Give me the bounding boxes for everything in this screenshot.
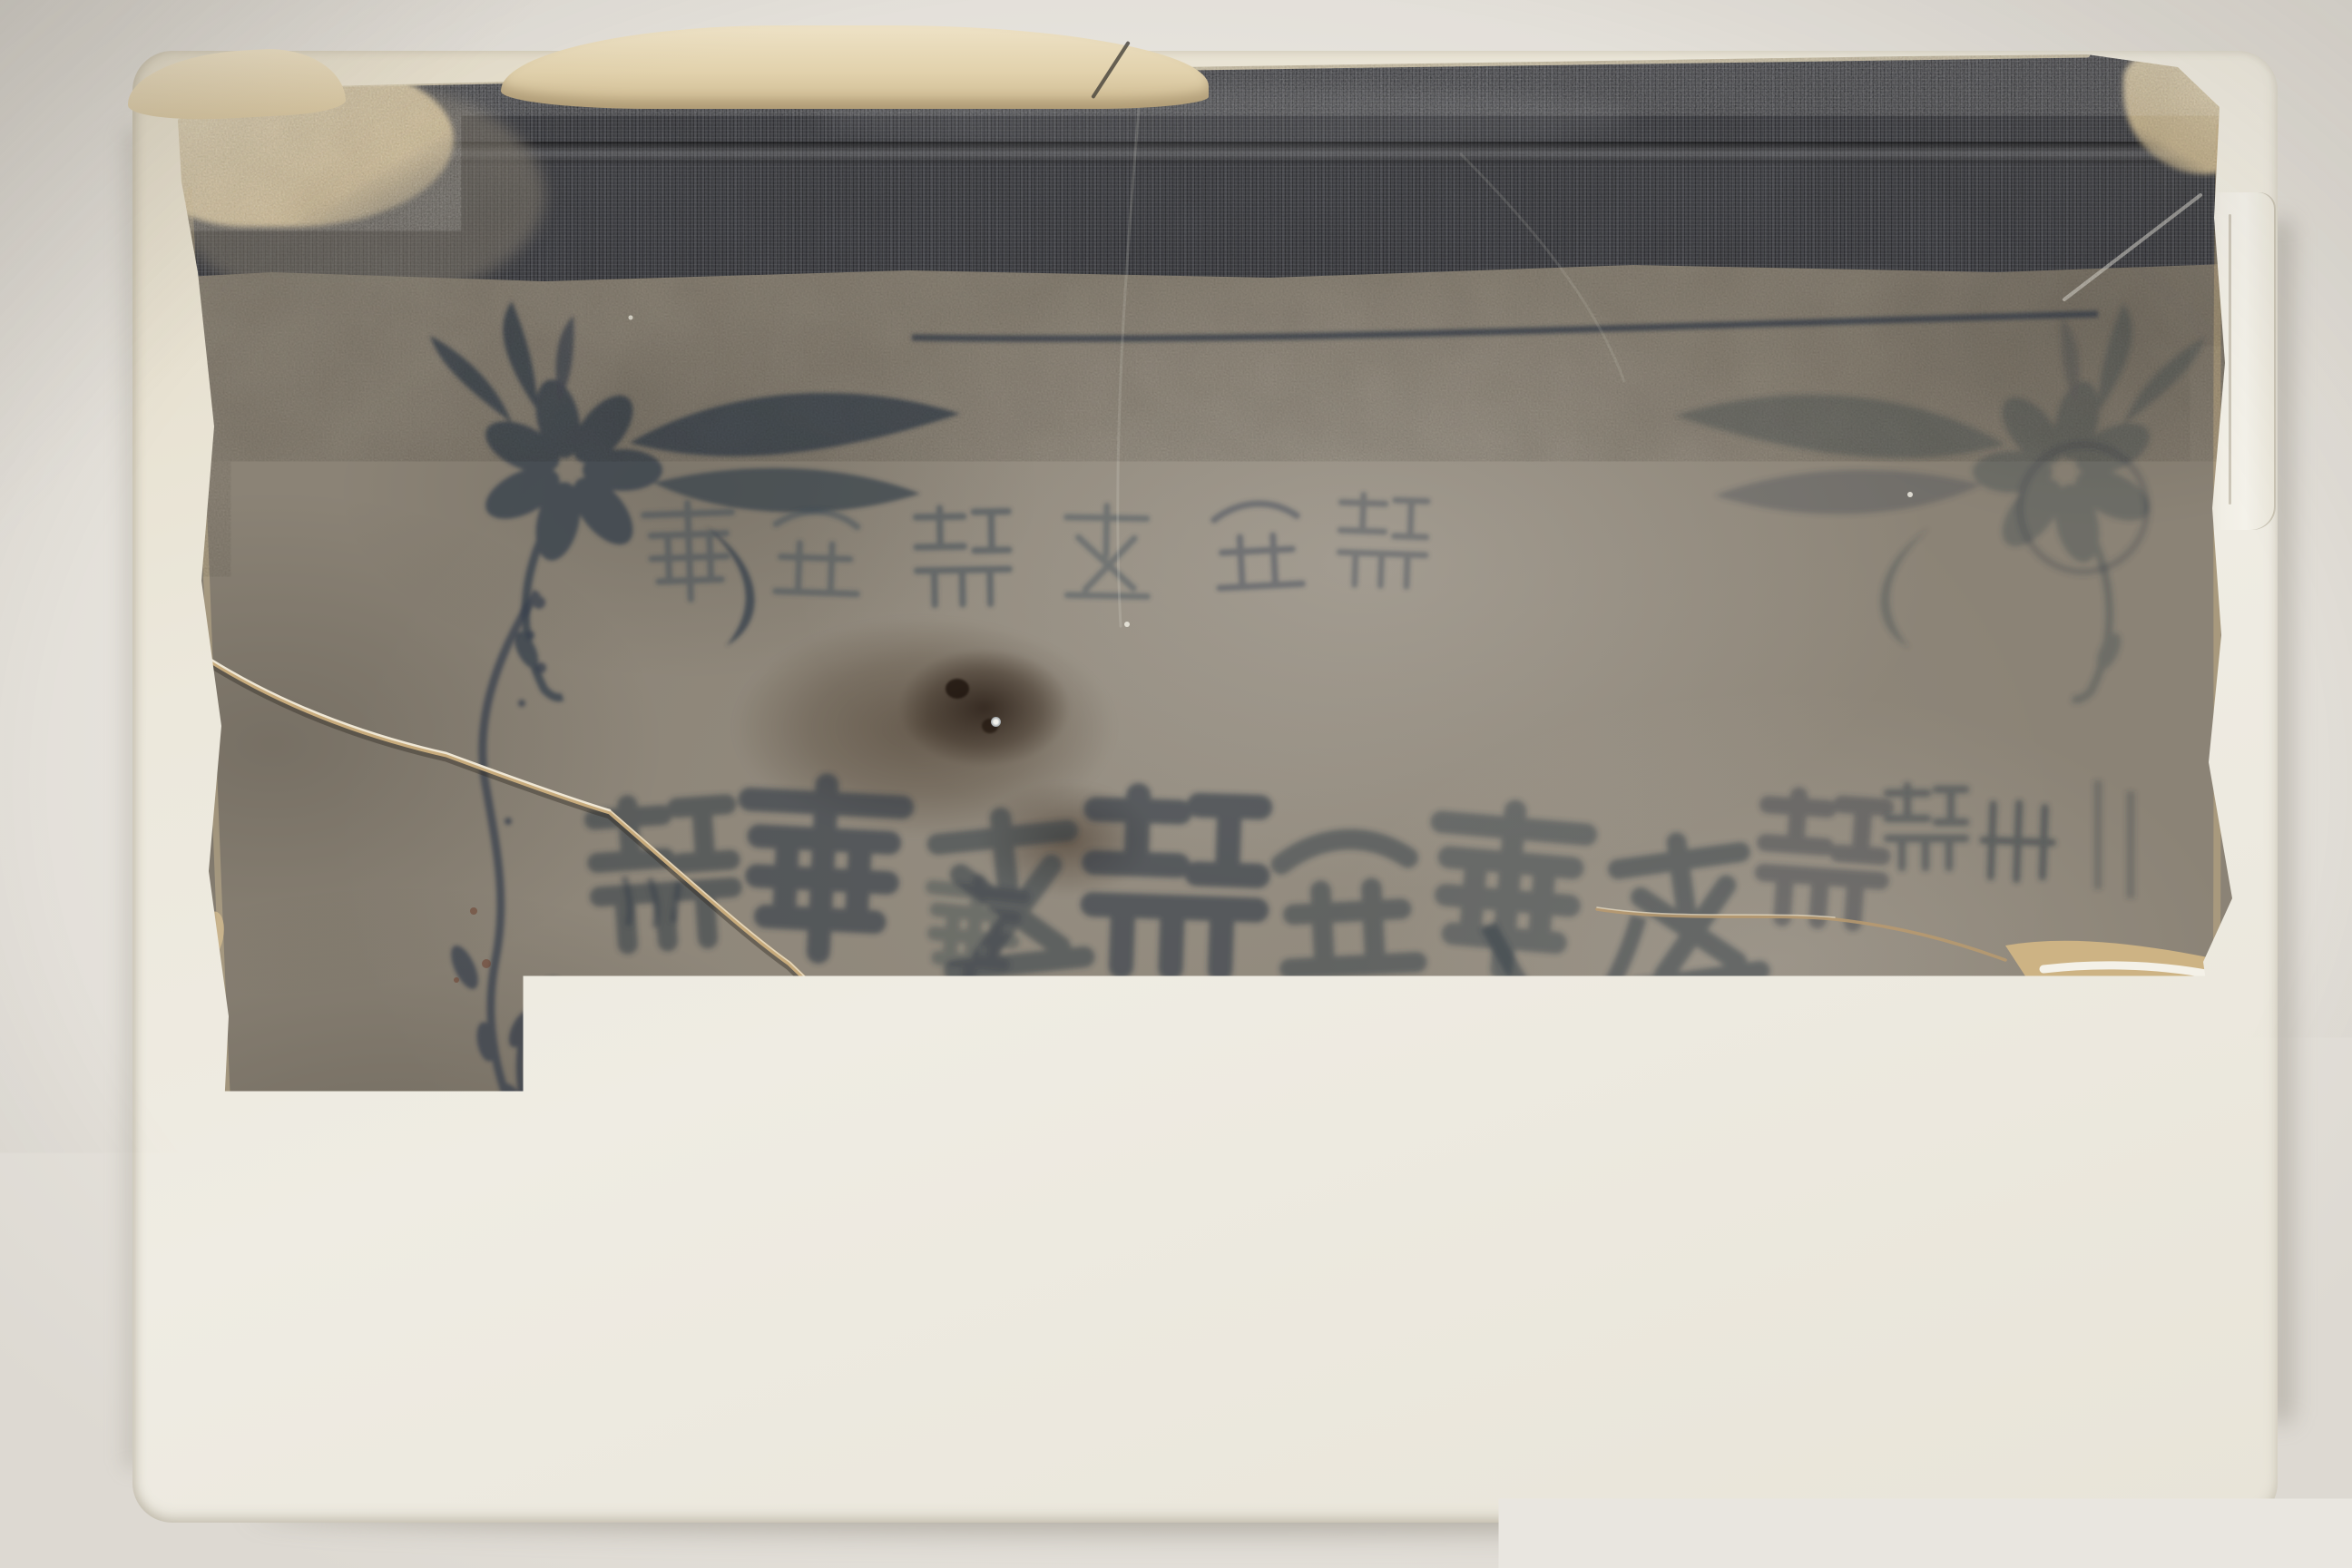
frayed-cloth-top bbox=[501, 25, 1209, 109]
page-flap-fold-line bbox=[2229, 214, 2231, 505]
cover-artwork bbox=[0, 0, 2352, 1568]
main-diagonal-crack bbox=[207, 657, 1114, 1506]
top-border-line bbox=[912, 314, 2098, 338]
bottom-border-fade bbox=[1416, 1341, 1661, 1348]
book-cover bbox=[0, 0, 2352, 1568]
bottom-right-leaf-fragments bbox=[1681, 1050, 2210, 1446]
stamped-frame bbox=[425, 301, 2210, 1446]
photo-background bbox=[0, 0, 2352, 1568]
brush-inscription bbox=[593, 781, 1886, 988]
title-stamp-row bbox=[643, 495, 1427, 605]
left-vine-border bbox=[446, 592, 546, 1136]
top-right-flower-ornament bbox=[1675, 303, 2205, 700]
curve-swoosh bbox=[1248, 1102, 1383, 1180]
brush-small-characters bbox=[1887, 780, 2131, 898]
